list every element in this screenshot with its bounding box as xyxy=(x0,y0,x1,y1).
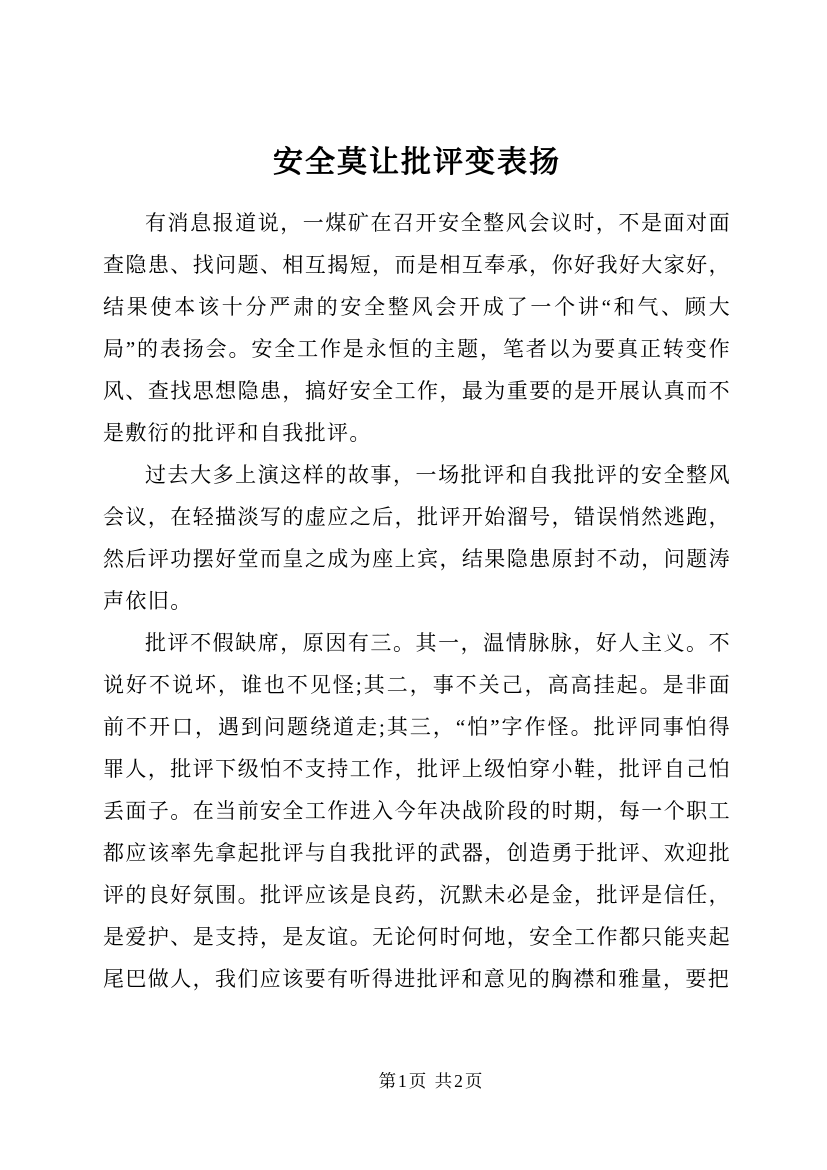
paragraph-2: 过去大多上演这样的故事，一场批评和自我批评的安全整风会议，在轻描淡写的虚应之后，… xyxy=(103,454,731,622)
document-body: 安全莫让批评变表扬 有消息报道说，一煤矿在召开安全整风会议时，不是面对面查隐患、… xyxy=(103,140,731,1000)
document-title: 安全莫让批评变表扬 xyxy=(103,140,731,186)
document-page: 安全莫让批评变表扬 有消息报道说，一煤矿在召开安全整风会议时，不是面对面查隐患、… xyxy=(0,0,827,1170)
paragraph-3: 批评不假缺席，原因有三。其一，温情脉脉，好人主义。不说好不说坏，谁也不见怪;其二… xyxy=(103,622,731,1000)
page-number-footer: 第1页 共2页 xyxy=(0,1068,827,1093)
paragraph-1: 有消息报道说，一煤矿在召开安全整风会议时，不是面对面查隐患、找问题、相互揭短，而… xyxy=(103,202,731,454)
